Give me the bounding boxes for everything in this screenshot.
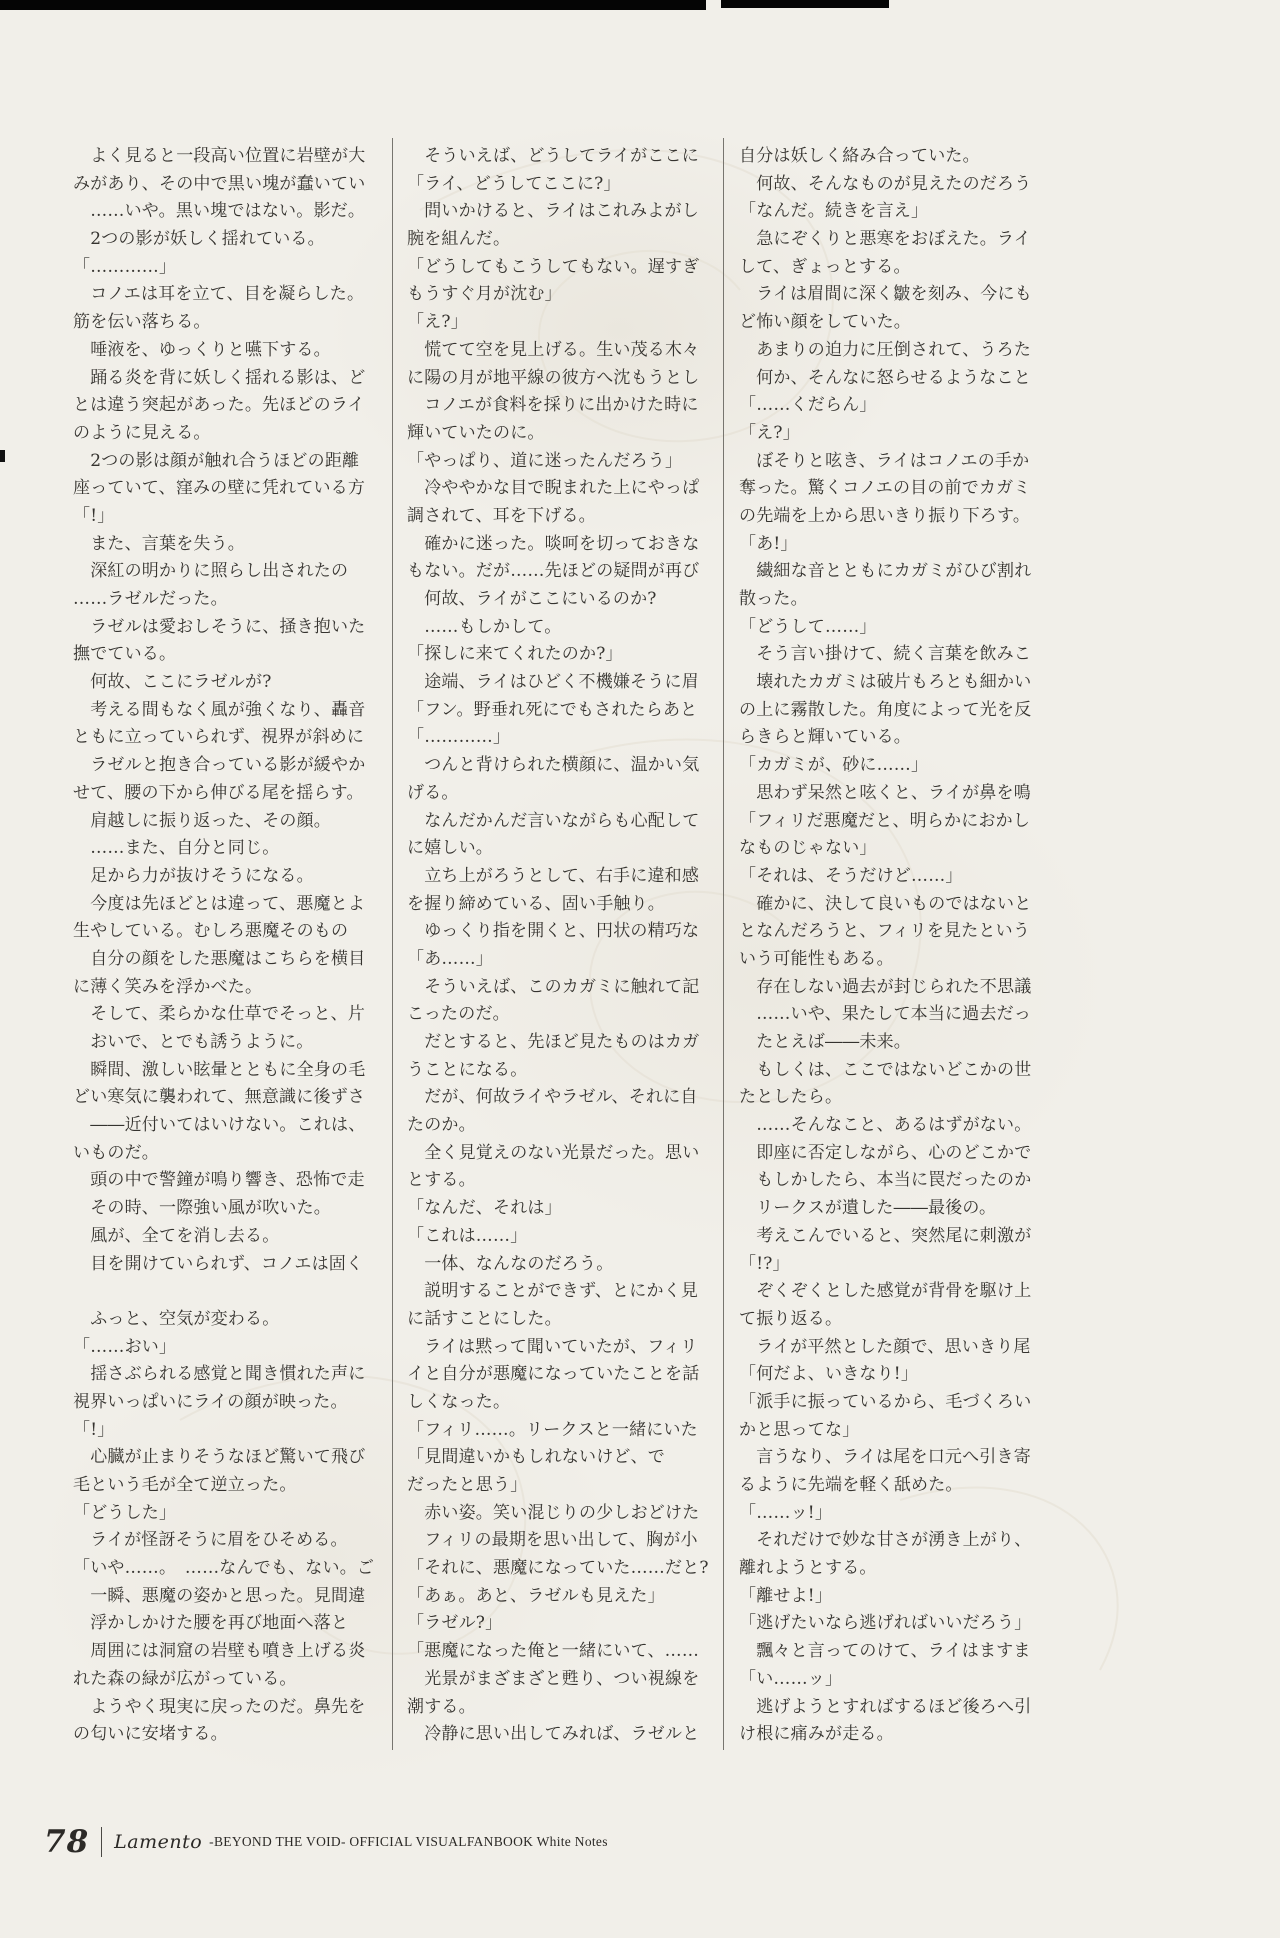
text-line: 調されて、耳を下げる。: [407, 503, 709, 531]
text-line: それだけで妙な甘さが湧き上がり、慌ててライから: [739, 1527, 1041, 1555]
text-line: もうすぐ月が沈む」: [407, 281, 709, 309]
text-line: 「フィリだ悪魔だと、明らかにおかしいだろう。どうせロク: [739, 808, 1041, 836]
text-line: 毛という毛が全て逆立った。: [73, 1472, 375, 1500]
column-divider-2: [723, 138, 724, 1750]
text-line: に陽の月が地平線の彼方へ沈もうとしていた。: [407, 365, 709, 393]
text-line: 「!」: [73, 1417, 375, 1445]
text-line: に嬉しい。: [407, 835, 709, 863]
text-line: 深紅の明かりに照らし出されたのは、憤怒の悪魔: [73, 558, 375, 586]
text-line: もない。だが……先ほどの疑問が再び頭に浮かぶ。: [407, 558, 709, 586]
text-line: ライが平然とした顔で、思いきり尾を掴んでいた。: [739, 1334, 1041, 1362]
text-line: 「悪魔になった俺と一緒にいて、……その」: [407, 1638, 709, 1666]
text-line: を握り締めている、固い手触り。: [407, 891, 709, 919]
text-line: ……そんなこと、あるはずがない。: [739, 1112, 1041, 1140]
text-line: ともに立っていられず、視界が斜めにぶれ始めた。: [73, 724, 375, 752]
text-line: ……いや、果たして本当に過去だったのだろうか?: [739, 1001, 1041, 1029]
text-line: いものだ。: [73, 1140, 375, 1168]
text-line: 唾液を、ゆっくりと嚥下する。: [73, 337, 375, 365]
text-line: 「やっぱり、道に迷ったんだろう」: [407, 448, 709, 476]
text-line: 逃げようとすればするほど後ろへ引かれ、尾の付: [739, 1694, 1041, 1722]
text-line: 存在しない過去が封じられた不思議なカガミ。: [739, 974, 1041, 1002]
text-line: 即座に否定しながら、心のどこかで思う。: [739, 1140, 1041, 1168]
text-line: 今度は先ほどとは違って、悪魔とよく似た角や尾を: [73, 891, 375, 919]
text-line: よく見ると一段高い位置に岩壁が大きく抉れた窪: [73, 143, 375, 171]
text-line: 繊細な音とともにカガミがひび割れて、破片が飛び: [739, 558, 1041, 586]
text-line: 「…………」: [407, 724, 709, 752]
text-line: 「…………」: [73, 254, 375, 282]
text-column-3: 自分は妖しく絡み合っていた。 何故、そんなものが見えたのだろうか。「なんだ。続き…: [739, 143, 1041, 1768]
text-line: 壊れたカガミは破片もろとも細かい砂となり、草や土: [739, 669, 1041, 697]
text-line: どい寒気に襲われて、無意識に後ずさる。: [73, 1084, 375, 1112]
text-line: 「どうしてもこうしてもない。遅すぎるぞ、この馬鹿猫が。: [407, 254, 709, 282]
fanbook-page: よく見ると一段高い位置に岩壁が大きく抉れた窪みがあり、その中で黒い塊が蠢いていた…: [0, 0, 1280, 1938]
text-line: たとえば――未来。: [739, 1029, 1041, 1057]
text-line: だが、何故ライやラゼル、それに自分までもが出てき: [407, 1084, 709, 1112]
text-line: そういえば、このカガミに触れて記憶の共有が起: [407, 974, 709, 1002]
text-line: ようやく現実に戻ったのだ。鼻先をくすぐる土と草: [73, 1694, 375, 1722]
footer-book-title: -BEYOND THE VOID- OFFICIAL VISUALFANBOOK…: [209, 1834, 608, 1850]
text-line: イと自分が悪魔になっていたことを話すと、表情が険: [407, 1361, 709, 1389]
text-line: 言うなり、ライは尾を口元へ引き寄せて、見せ付け: [739, 1444, 1041, 1472]
text-line: 周囲には洞窟の岩壁も噴き上げる炎もなく、見慣: [73, 1638, 375, 1666]
text-line: なものじゃない」: [739, 835, 1041, 863]
text-line: 「フン。野垂れ死にでもされたらあとが大変だからな」: [407, 697, 709, 725]
text-line: 浮かしかけた腰を再び地面へ落とし、ほっと息を吐く。: [73, 1610, 375, 1638]
text-line: げる。: [407, 780, 709, 808]
text-line: らきらと輝いている。: [739, 724, 1041, 752]
page-footer: 78 Lamento -BEYOND THE VOID- OFFICIAL VI…: [44, 1824, 608, 1860]
text-line: ぼそりと呟き、ライはコノエの手から強引にカガミを: [739, 448, 1041, 476]
text-line: の先端を上から思いきり振り下ろす。: [739, 503, 1041, 531]
text-line: 「探しに来てくれたのか?」: [407, 641, 709, 669]
text-line: 足から力が抜けそうになる。: [73, 863, 375, 891]
text-line: 「フィリ……。リークスと一緒にいたあいつか」: [407, 1417, 709, 1445]
text-line: こったのだ。: [407, 1001, 709, 1029]
text-line: ……ラゼルだった。: [73, 586, 375, 614]
text-line: 一瞬、悪魔の姿かと思った。見間違いだったようだ。: [73, 1583, 375, 1611]
text-line: 「なんだ。続きを言え」: [739, 198, 1041, 226]
scan-artifact-bar-right: [721, 0, 889, 8]
text-line: 赤い姿。笑い混じりの少しおどけた声。: [407, 1500, 709, 1528]
text-line: 「逃げたいなら逃げればいいだろう」: [739, 1610, 1041, 1638]
scan-artifact-tick: [0, 450, 5, 462]
text-line: 途端、ライはひどく不機嫌そうに眉根を寄せた。: [407, 669, 709, 697]
text-line: 揺さぶられる感覚と聞き慣れた声に目を開けると、: [73, 1361, 375, 1389]
text-line: [73, 1278, 375, 1306]
text-line: そういえば、どうしてライがここにいるのだろう。: [407, 143, 709, 171]
text-column-2: そういえば、どうしてライがここにいるのだろう。「ライ、どうしてここに?」 問いか…: [407, 143, 709, 1768]
text-line: して、ぎょっとする。: [739, 254, 1041, 282]
text-line: 肩越しに振り返った、その顔。: [73, 808, 375, 836]
text-line: しくなった。: [407, 1389, 709, 1417]
text-line: いう可能性もある。: [739, 946, 1041, 974]
text-line: 「どうした」: [73, 1500, 375, 1528]
text-line: 全く見覚えのない光景だった。思い出すだけでぞっ: [407, 1140, 709, 1168]
text-line: 「……くだらん」: [739, 392, 1041, 420]
text-line: 風が、全てを消し去る。: [73, 1223, 375, 1251]
text-line: 瞬間、激しい眩暈とともに全身の毛が逆立った。ひ: [73, 1057, 375, 1085]
text-line: 「い……ッ」: [739, 1666, 1041, 1694]
text-line: 2つの影が妖しく揺れている。: [73, 226, 375, 254]
text-line: 何故、ここにラゼルが?: [73, 669, 375, 697]
text-line: とする。: [407, 1167, 709, 1195]
text-line: 「ライ、どうしてここに?」: [407, 171, 709, 199]
text-line: ライは黙って聞いていたが、フィリやラゼルのこと、ラ: [407, 1334, 709, 1362]
text-line: だとすると、先ほど見たものはカガミの記憶……とい: [407, 1029, 709, 1057]
text-line: うことになる。: [407, 1057, 709, 1085]
text-line: ラゼルと抱き合っている影が緩やかに背筋を撓ら: [73, 752, 375, 780]
text-line: 「カガミが、砂に……」: [739, 752, 1041, 780]
text-line: リークスが遺した――最後の。: [739, 1195, 1041, 1223]
text-line: ど怖い顔をしていた。: [739, 309, 1041, 337]
text-line: 2つの影は顔が触れ合うほどの距離で抱き合って: [73, 448, 375, 476]
text-line: 「あ……」: [407, 946, 709, 974]
text-line: たのか。: [407, 1112, 709, 1140]
text-line: かと思ってな」: [739, 1417, 1041, 1445]
text-line: 光景がまざまざと甦り、つい視線を逸らした。頬が紅: [407, 1666, 709, 1694]
text-line: たとしたら。: [739, 1084, 1041, 1112]
text-line: 「どうして……」: [739, 614, 1041, 642]
text-line: そう言い掛けて、続く言葉を飲みこんだ。: [739, 641, 1041, 669]
text-line: の上に霧散した。角度によって光を反射するのか、き: [739, 697, 1041, 725]
text-line: 「!?」: [739, 1251, 1041, 1279]
text-line: つんと背けられた横顔に、温かい気持ちがこみ上: [407, 752, 709, 780]
text-line: ――近付いてはいけない。これは、触れてはならな: [73, 1112, 375, 1140]
text-line: 座っていて、窪みの壁に凭れている方が顔を上げた。: [73, 475, 375, 503]
text-line: 自分は妖しく絡み合っていた。: [739, 143, 1041, 171]
text-line: け根に痛みが走る。: [739, 1721, 1041, 1749]
text-line: ……もしかして。: [407, 614, 709, 642]
text-line: ……また、自分と同じ。: [73, 835, 375, 863]
text-line: 問いかけると、ライはこれみよがしに溜息を吐き、両: [407, 198, 709, 226]
text-line: 目を開けていられず、コノエは固く視界を閉ざした。: [73, 1251, 375, 1279]
text-line: その時、一際強い風が吹いた。: [73, 1195, 375, 1223]
text-line: 「ラゼル?」: [407, 1610, 709, 1638]
text-line: もしかしたら、本当に罠だったのかもしれない。: [739, 1167, 1041, 1195]
text-line: 何故、そんなものが見えたのだろうか。: [739, 171, 1041, 199]
text-line: 何故、ライがここにいるのか?: [407, 586, 709, 614]
text-line: 考える間もなく風が強くなり、轟音に掻き消される。ま: [73, 697, 375, 725]
text-line: 飄々と言ってのけて、ライはますます強く尾を掴む。: [739, 1638, 1041, 1666]
column-divider-1: [392, 138, 393, 1750]
text-line: 「それは、そうだけど……」: [739, 863, 1041, 891]
footer-divider-rule: [101, 1827, 102, 1857]
scan-artifact-bar-left: [0, 0, 706, 10]
text-line: 輝いていたのに。: [407, 420, 709, 448]
text-line: だったと思う」: [407, 1472, 709, 1500]
text-line: みがあり、その中で黒い塊が蠢いていた。: [73, 171, 375, 199]
text-line: とは違う突起があった。先ほどのライと同じ、悪魔の角: [73, 392, 375, 420]
text-line: 考えこんでいると、突然尾に刺激が走った。: [739, 1223, 1041, 1251]
text-line: て振り返る。: [739, 1306, 1041, 1334]
text-line: 「あぁ。あと、ラゼルも見えた」: [407, 1583, 709, 1611]
text-line: 「派手に振っているから、毛づくろいでもして欲しいの: [739, 1389, 1041, 1417]
text-line: ……いや。黒い塊ではない。影だ。: [73, 198, 375, 226]
text-line: 腕を組んだ。: [407, 226, 709, 254]
text-line: 撫でている。: [73, 641, 375, 669]
text-line: ゆっくり指を開くと、円状の精巧なカガミが現れた。: [407, 918, 709, 946]
text-line: 頭の中で警鐘が鳴り響き、恐怖で走り出しそうになる。: [73, 1167, 375, 1195]
text-line: 散った。: [739, 586, 1041, 614]
text-line: 「見間違いかもしれないけど、でも……あれはフィリ: [407, 1444, 709, 1472]
text-line: 「え?」: [739, 420, 1041, 448]
text-column-1: よく見ると一段高い位置に岩壁が大きく抉れた窪みがあり、その中で黒い塊が蠢いていた…: [73, 143, 375, 1768]
text-line: 何か、そんなに怒らせるようなことを言っただろうか?: [739, 365, 1041, 393]
text-line: コノエが食料を採りに出かけた時には、まだ頭上で: [407, 392, 709, 420]
text-line: 「これは……」: [407, 1223, 709, 1251]
text-line: 潮する。: [407, 1694, 709, 1722]
text-line: 急にぞくりと悪寒をおぼえた。ライの方へ視線を戻: [739, 226, 1041, 254]
text-line: 「なんだ、それは」: [407, 1195, 709, 1223]
text-line: 「それに、悪魔になっていた……だと? 俺と、お前がか」: [407, 1555, 709, 1583]
text-line: 「あ!」: [739, 531, 1041, 559]
text-line: るように先端を軽く舐めた。: [739, 1472, 1041, 1500]
text-line: 「離せよ!」: [739, 1583, 1041, 1611]
text-line: れた森の緑が広がっている。: [73, 1666, 375, 1694]
text-line: 慌てて空を見上げる。生い茂る木々の向こう、確か: [407, 337, 709, 365]
text-line: 確かに迷った。啖呵を切っておきながら、返す言葉: [407, 531, 709, 559]
text-line: 心臓が止まりそうなほど驚いて飛び起きる。体中の: [73, 1444, 375, 1472]
text-line: もしくは、ここではないどこかの世界での出来事だっ: [739, 1057, 1041, 1085]
text-line: 「え?」: [407, 309, 709, 337]
text-line: 説明することができず、とにかく見たままを全てライ: [407, 1278, 709, 1306]
text-line: 生やしている。むしろ悪魔そのものだ。: [73, 918, 375, 946]
text-line: せて、腰の下から伸びる尾を揺らす。: [73, 780, 375, 808]
footer-logo-lamento: Lamento: [114, 1831, 202, 1853]
text-line: 奪った。驚くコノエの目の前でカガミを地面に置くと、鞘: [739, 475, 1041, 503]
text-line: 確かに、決して良いものではないと思う。幻影だ: [739, 891, 1041, 919]
text-line: 「……おい」: [73, 1334, 375, 1362]
text-line: ぞくぞくとした感覚が背骨を駆け上り、毛を逆立て: [739, 1278, 1041, 1306]
text-line: 立ち上がろうとして、右手に違和感を覚えた。何か: [407, 863, 709, 891]
text-line: 筋を伝い落ちる。: [73, 309, 375, 337]
text-line: に薄く笑みを浮かべた。: [73, 974, 375, 1002]
text-line: ライが怪訝そうに眉をひそめる。: [73, 1527, 375, 1555]
text-line: なんだかんだ言いながらも心配してくれるのは素直: [407, 808, 709, 836]
text-line: ライは眉間に深く皺を刻み、今にも唸り出しそうなほ: [739, 281, 1041, 309]
text-line: そして、柔らかな仕草でそっと、片腕を差し伸べた。: [73, 1001, 375, 1029]
text-line: おいで、とでも誘うように。: [73, 1029, 375, 1057]
text-line: に話すことにした。: [407, 1306, 709, 1334]
text-line: あまりの迫力に圧倒されて、うろたえる。: [739, 337, 1041, 365]
text-line: となんだろうと、フィリを見たということはリークスの罠と: [739, 918, 1041, 946]
text-line: コノエは耳を立て、目を凝らした。噴き出す汗が首: [73, 281, 375, 309]
text-line: 視界いっぱいにライの顔が映った。: [73, 1389, 375, 1417]
text-line: のように見える。: [73, 420, 375, 448]
text-line: 「!」: [73, 503, 375, 531]
text-line: 思わず呆然と呟くと、ライが鼻を鳴らした。: [739, 780, 1041, 808]
text-line: の匂いに安堵する。: [73, 1721, 375, 1749]
text-line: 離れようとする。: [739, 1555, 1041, 1583]
text-line: ラゼルは愛おしそうに、掻き抱いた背中を繰り返し: [73, 614, 375, 642]
text-line: 自分の顔をした悪魔はこちらを横目に見ると、口元: [73, 946, 375, 974]
page-number: 78: [44, 1824, 101, 1860]
text-line: 「何だよ、いきなり!」: [739, 1361, 1041, 1389]
text-line: 一体、なんなのだろう。: [407, 1251, 709, 1279]
text-line: ふっと、空気が変わる。: [73, 1306, 375, 1334]
text-line: また、言葉を失う。: [73, 531, 375, 559]
text-line: 「……ッ!」: [739, 1500, 1041, 1528]
text-line: 冷静に思い出してみれば、ラゼルと悪魔になった: [407, 1721, 709, 1749]
text-line: 冷ややかな目で睨まれた上にやっぱりの部分を強: [407, 475, 709, 503]
text-line: 「いや……。 ……なんでも、ない。ごめん」: [73, 1555, 375, 1583]
text-line: 踊る炎を背に妖しく揺れる影は、どちらも頭部に耳: [73, 365, 375, 393]
text-line: フィリの最期を思い出して、胸が小さく痛む。: [407, 1527, 709, 1555]
